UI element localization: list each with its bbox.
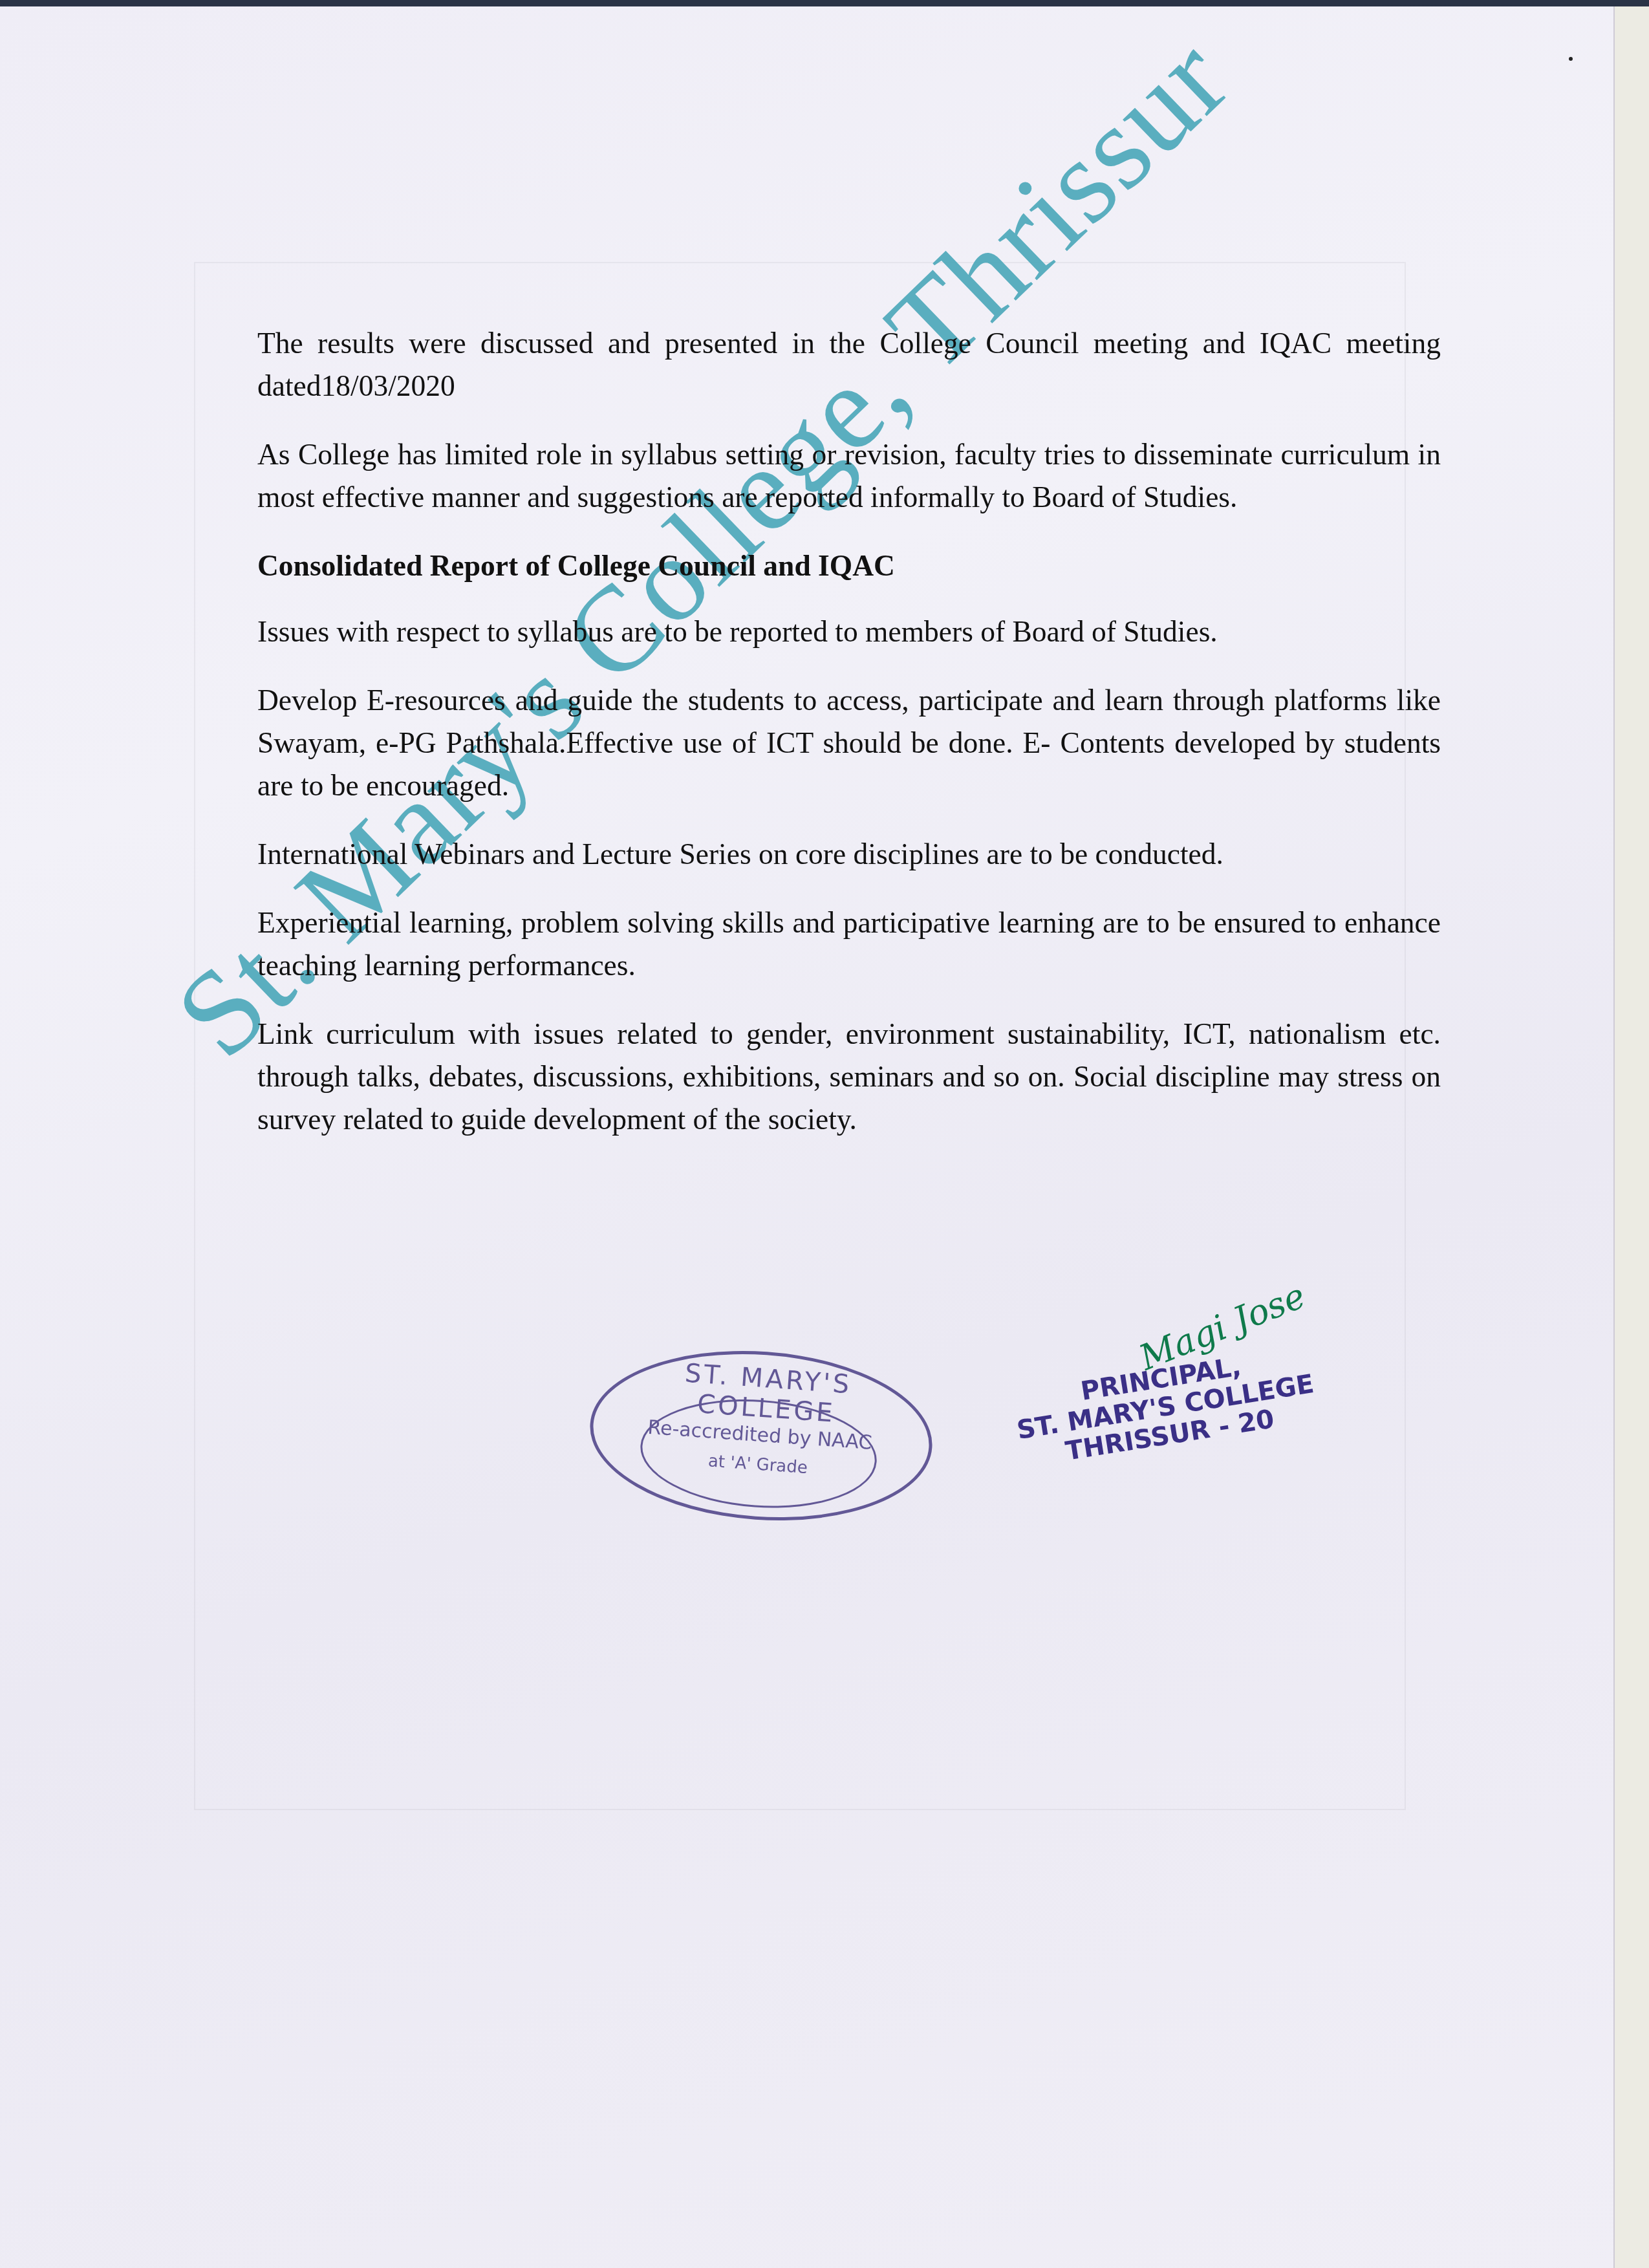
scan-top-edge <box>0 0 1649 6</box>
recommendation-item: Issues with respect to syllabus are to b… <box>257 610 1441 653</box>
recommendation-item: Experiential learning, problem solving s… <box>257 902 1441 987</box>
scan-speck <box>1569 57 1573 61</box>
paragraph-meeting-note: The results were discussed and presented… <box>257 322 1441 407</box>
recommendation-item: Link curriculum with issues related to g… <box>257 1013 1441 1141</box>
report-heading: Consolidated Report of College Council a… <box>257 545 1441 587</box>
recommendation-item: International Webinars and Lecture Serie… <box>257 833 1441 876</box>
document-body: The results were discussed and presented… <box>257 322 1441 1167</box>
recommendation-item: Develop E-resources and guide the studen… <box>257 679 1441 807</box>
paragraph-syllabus-role: As College has limited role in syllabus … <box>257 433 1441 519</box>
